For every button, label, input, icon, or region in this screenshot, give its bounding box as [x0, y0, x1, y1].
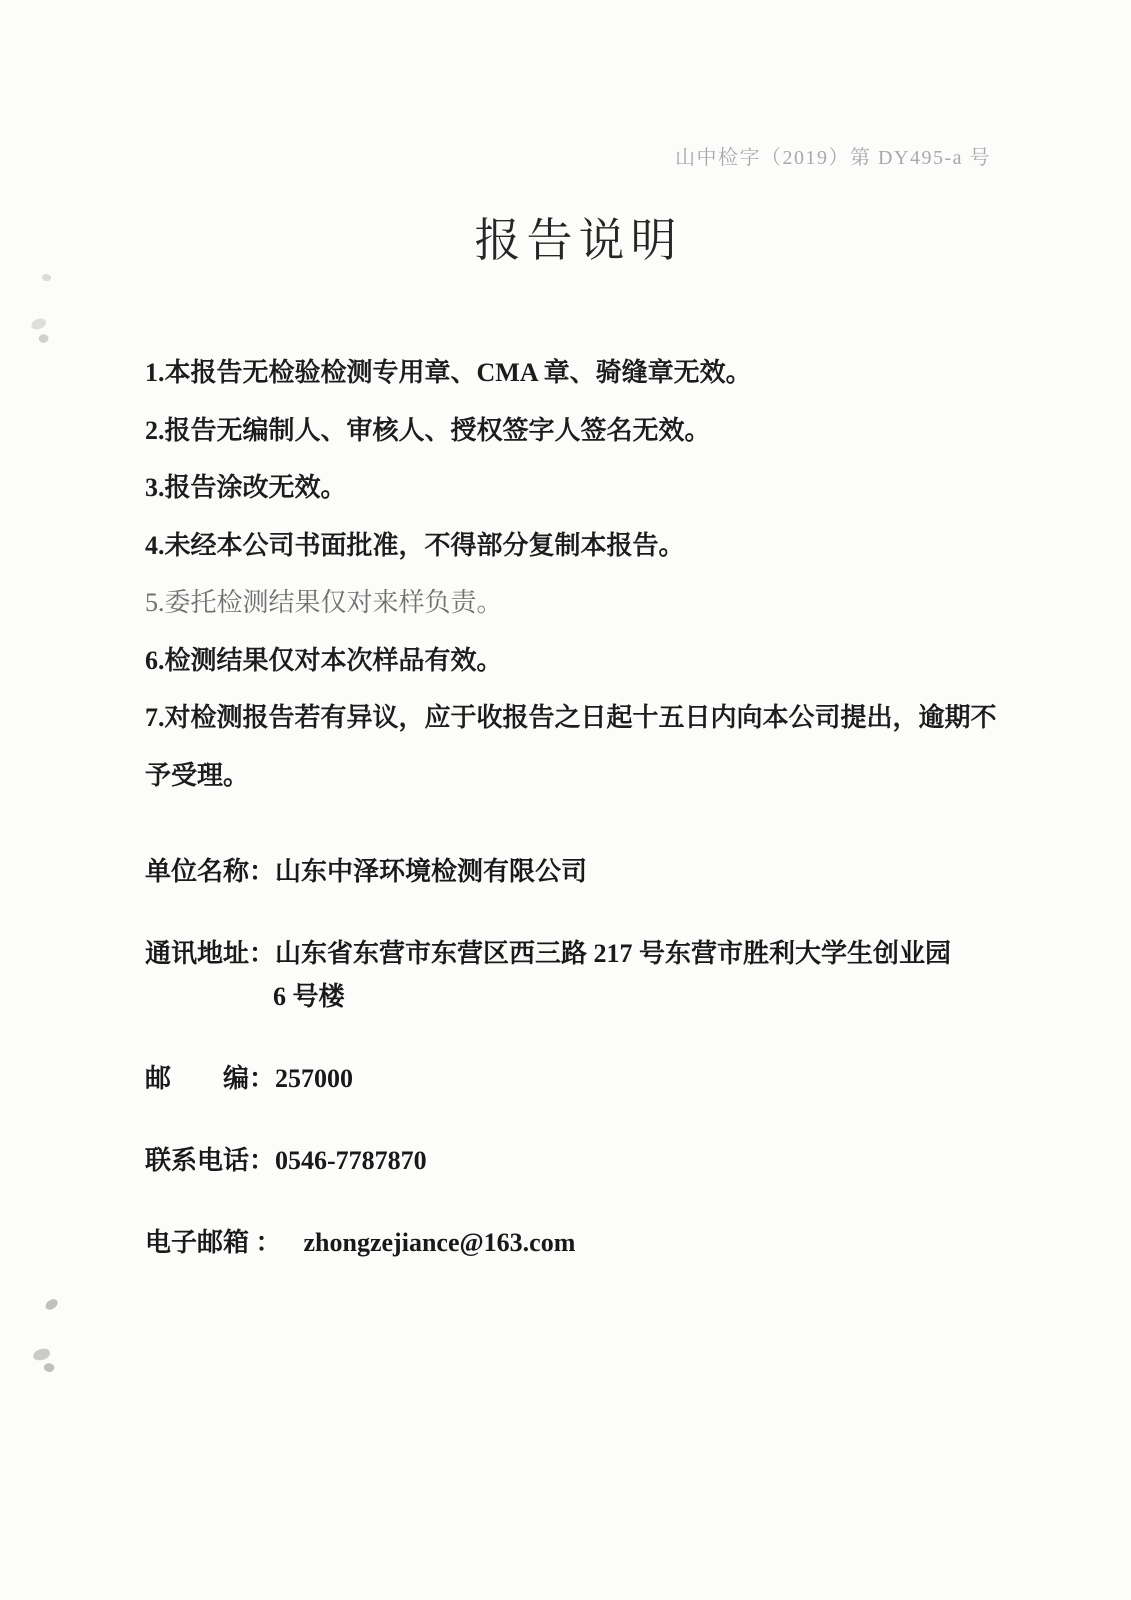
phone-value: 0546-7787870 [275, 1146, 427, 1175]
note-text: 对检测报告若有异议，应于收报告之日起十五日内向本公司提出，逾期不 [165, 703, 997, 732]
scan-speck [42, 1361, 55, 1374]
postcode-label: 邮 编： [145, 1064, 275, 1093]
address-label: 通讯地址： [145, 939, 275, 968]
note-item-2: 2.报告无编制人、审核人、授权签字人签名无效。 [145, 402, 1045, 460]
phone-label: 联系电话： [145, 1146, 275, 1175]
note-number: 4. [145, 531, 165, 560]
company-name-label: 单位名称： [145, 857, 275, 886]
scan-speck [32, 1348, 51, 1362]
note-number: 6. [145, 646, 165, 675]
email-label: 电子邮箱 ： [145, 1228, 282, 1257]
note-item-7: 7.对检测报告若有异议，应于收报告之日起十五日内向本公司提出，逾期不 [145, 689, 1045, 747]
postcode-value: 257000 [275, 1064, 353, 1093]
note-text: 本报告无检验检测专用章、CMA 章、骑缝章无效。 [165, 358, 752, 387]
page-title: 报告说明 [13, 204, 1131, 270]
contact-company: 单位名称：山东中泽环境检测有限公司 [145, 850, 1045, 893]
note-text: 未经本公司书面批准，不得部分复制本报告。 [165, 531, 685, 560]
scan-speck [37, 332, 50, 345]
contact-info: 单位名称：山东中泽环境检测有限公司 通讯地址：山东省东营市东营区西三路 217 … [145, 850, 1045, 1303]
note-item-6: 6.检测结果仅对本次样品有效。 [145, 632, 1045, 690]
email-value: zhongzejiance@163.com [282, 1228, 576, 1257]
document-number: 山中检字（2019）第 DY495-a 号 [675, 141, 991, 170]
note-text: 委托检测结果仅对来样负责。 [165, 588, 503, 617]
notes-list: 1.本报告无检验检测专用章、CMA 章、骑缝章无效。 2.报告无编制人、审核人、… [145, 344, 1045, 804]
note-number: 1. [145, 358, 165, 387]
report-page: 山中检字（2019）第 DY495-a 号 报告说明 1.本报告无检验检测专用章… [0, 0, 1131, 1600]
note-text: 报告涂改无效。 [165, 473, 347, 502]
note-item-3: 3.报告涂改无效。 [145, 459, 1045, 517]
note-number: 3. [145, 473, 165, 502]
note-text: 报告无编制人、审核人、授权签字人签名无效。 [165, 416, 711, 445]
note-item-4: 4.未经本公司书面批准，不得部分复制本报告。 [145, 517, 1045, 575]
note-number: 5. [145, 588, 165, 617]
note-text: 予受理。 [145, 761, 249, 790]
note-number: 7. [145, 703, 165, 732]
scan-speck [41, 273, 52, 283]
note-item-1: 1.本报告无检验检测专用章、CMA 章、骑缝章无效。 [145, 344, 1045, 402]
note-item-7-continuation: 予受理。 [145, 747, 1045, 805]
company-name-value: 山东中泽环境检测有限公司 [275, 857, 587, 886]
contact-phone: 联系电话：0546-7787870 [145, 1139, 1045, 1182]
address-value-line1: 山东省东营市东营区西三路 217 号东营市胜利大学生创业园 [275, 939, 951, 968]
contact-address: 通讯地址：山东省东营市东营区西三路 217 号东营市胜利大学生创业园 6 号楼 [145, 932, 1045, 1018]
note-number: 2. [145, 416, 165, 445]
contact-email: 电子邮箱 ：zhongzejiance@163.com [145, 1221, 1045, 1264]
scan-speck [44, 1298, 60, 1312]
address-value-line2: 6 号楼 [145, 975, 1045, 1018]
note-text: 检测结果仅对本次样品有效。 [165, 646, 503, 675]
scan-speck [30, 317, 47, 331]
note-item-5: 5.委托检测结果仅对来样负责。 [145, 574, 1045, 632]
contact-postcode: 邮 编：257000 [145, 1057, 1045, 1100]
